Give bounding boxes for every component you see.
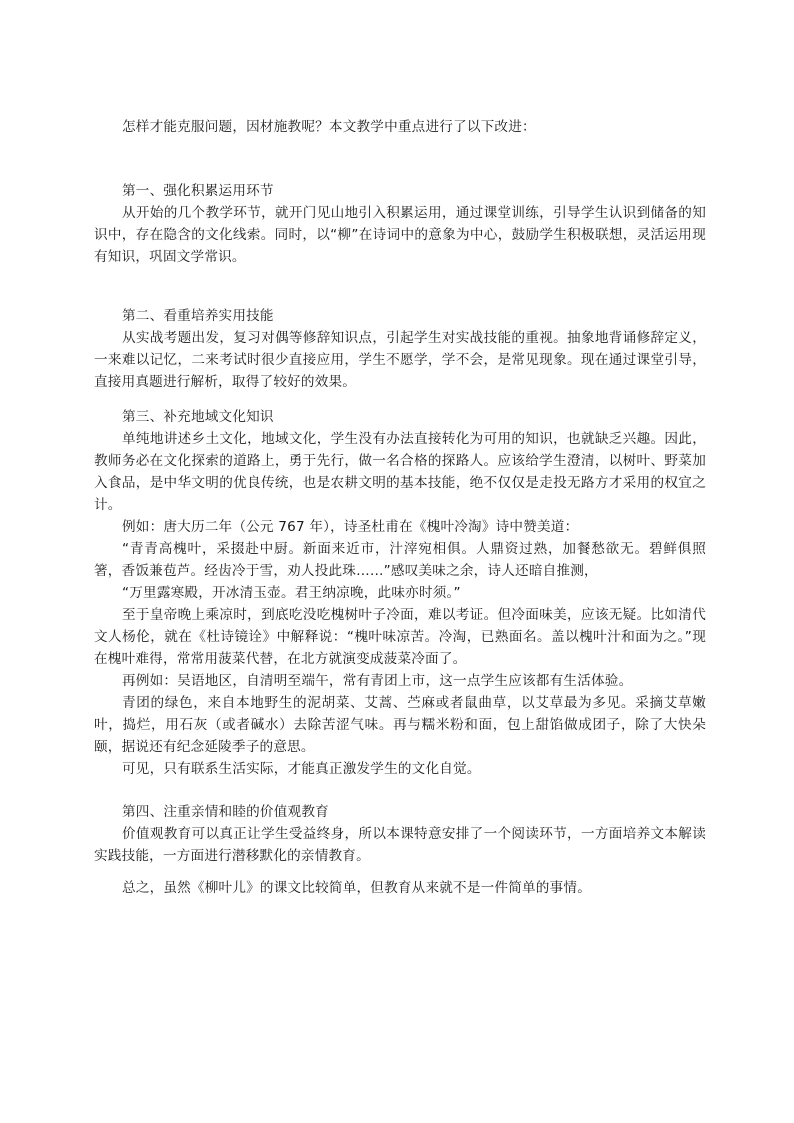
section-4-heading: 第四、注重亲情和睦的价值观教育 — [122, 801, 329, 823]
section-2-paragraph: 从实战考题出发，复习对偶等修辞知识点，引起学生对实战技能的重视。抽象地背诵修辞定… — [94, 327, 706, 393]
section-3-conclusion: 可见，只有联系生活实际，才能真正激发学生的文化自觉。 — [94, 758, 706, 780]
section-3-paragraph-3: 青团的绿色，来自本地野生的泥胡菜、艾蒿、苎麻或者鼠曲草，以艾草最为多见。采摘艾草… — [94, 692, 706, 758]
section-3-heading: 第三、补充地域文化知识 — [122, 406, 274, 428]
section-2-heading: 第二、看重培养实用技能 — [122, 305, 274, 327]
section-4-paragraph: 价值观教育可以真正让学生受益终身，所以本课特意安排了一个阅读环节，一方面培养文本… — [94, 823, 706, 867]
section-1-paragraph: 从开始的几个教学环节，就开门见山地引入积累运用，通过课堂训练，引导学生认识到储备… — [94, 202, 706, 268]
section-3-example-intro: 例如：唐大历二年（公元 767 年），诗圣杜甫在《槐叶冷淘》诗中赞美道： — [94, 516, 706, 538]
section-3-paragraph-2: 至于皇帝晚上乘凉时，到底吃没吃槐树叶子冷面，难以考证。但冷面味美，应该无疑。比如… — [94, 604, 706, 670]
section-3-poem-quote-1: “青青高槐叶，采掇赴中厨。新面来近市，汁滓宛相俱。人鼎资过熟，加餐愁欲无。碧鲜俱… — [94, 538, 706, 582]
section-1-heading: 第一、强化积累运用环节 — [122, 180, 274, 202]
section-3-poem-quote-2: “万里露寒殿，开冰清玉壶。君王纳凉晚，此味亦时须。” — [94, 582, 706, 604]
section-3-example-2: 再例如：吴语地区，自清明至端午，常有青团上市，这一点学生应该都有生活体验。 — [94, 670, 706, 692]
conclusion-text: 总之，虽然《柳叶儿》的课文比较简单，但教育从来就不是一件简单的事情。 — [122, 877, 591, 899]
intro-text: 怎样才能克服问题，因材施教呢？本文教学中重点进行了以下改进： — [122, 116, 536, 138]
section-3-paragraph-1: 单纯地讲述乡土文化，地域文化，学生没有办法直接转化为可用的知识，也就缺乏兴趣。因… — [94, 428, 706, 516]
